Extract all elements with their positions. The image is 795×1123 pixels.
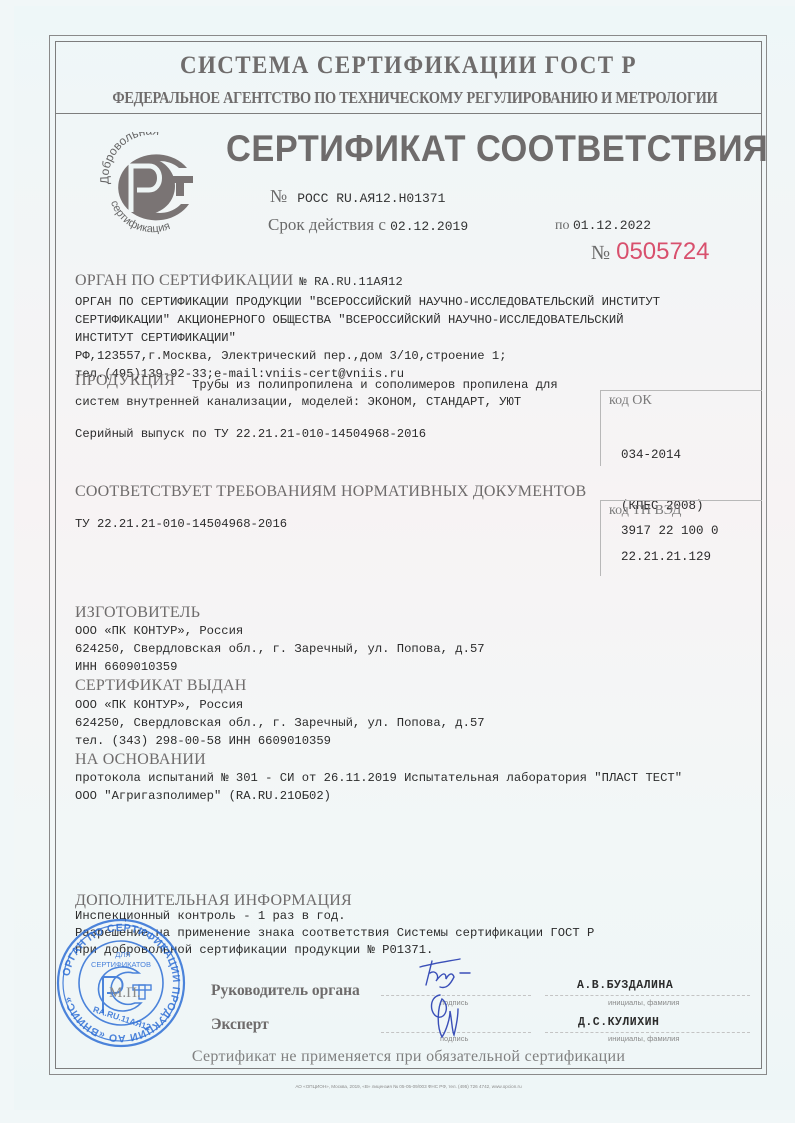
printer-imprint: АО «ОПЦИОН», Москва, 2019, «В» лицензия … [56, 1084, 761, 1089]
certification-body-heading: ОРГАН ПО СЕРТИФИКАЦИИ№ RA.RU.11АЯ12 [75, 272, 403, 290]
ok-code-line: 034-2014 [621, 447, 711, 464]
voluntary-only-disclaimer: Сертификат не применяется при обязательн… [56, 1048, 761, 1066]
registration-number: №РОСС RU.АЯ12.Н01371 [270, 186, 445, 207]
normative-document: ТУ 22.21.21-010-14504968-2016 [75, 515, 287, 533]
svg-text:М.П.: М.П. [109, 985, 141, 1001]
issued-to-name: ООО «ПК КОНТУР», Россия [75, 696, 485, 714]
validity-from: Срок действия с 02.12.2019 [268, 215, 468, 235]
validity-to: по 01.12.2022 [555, 218, 651, 234]
from-date: 02.12.2019 [390, 219, 468, 234]
blank-number-value: 0505724 [616, 238, 709, 265]
expert-name: Д.С.КУЛИХИН [578, 1016, 659, 1029]
head-of-body-name: А.В.БУЗДАЛИНА [577, 979, 673, 992]
conformity-heading: СООТВЕТСТВУЕТ ТРЕБОВАНИЯМ НОРМАТИВНЫХ ДО… [75, 483, 586, 501]
tnved-code-box: код ТН ВЭД 3917 22 100 0 [600, 500, 762, 576]
blank-number: №0505724 [591, 238, 710, 266]
basis-line: ООО "Агригазполимер" (RA.RU.21ОБ02) [75, 787, 682, 805]
tnved-code-value: 3917 22 100 0 [621, 523, 719, 540]
official-stamp-icon: ОРГАН ПО СЕРТИФИКАЦИИ ПРОДУКЦИИ АО «ВНИИ… [55, 917, 187, 1049]
head-name-line [545, 995, 750, 996]
system-title: СИСТЕМА СЕРТИФИКАЦИИ ГОСТ Р [84, 52, 733, 80]
expert-label: Эксперт [211, 1016, 269, 1034]
basis-heading: НА ОСНОВАНИИ [75, 751, 206, 769]
basis-details: протокола испытаний № 301 - СИ от 26.11.… [75, 769, 682, 805]
cb-address: РФ,123557,г.Москва, Электрический пер.,д… [75, 347, 660, 365]
manufacturer-address: 624250, Свердловская обл., г. Заречный, … [75, 640, 485, 658]
tnved-code-label: код ТН ВЭД [609, 503, 681, 519]
cb-line: ИНСТИТУТ СЕРТИФИКАЦИИ" [75, 329, 660, 347]
to-label: по [555, 218, 570, 233]
to-date: 01.12.2022 [573, 218, 651, 233]
cb-line: ОРГАН ПО СЕРТИФИКАЦИИ ПРОДУКЦИИ "ВСЕРОСС… [75, 293, 660, 311]
issued-to-contacts: тел. (343) 298-00-58 ИНН 6609010359 [75, 732, 485, 750]
manufacturer-inn: ИНН 6609010359 [75, 658, 485, 676]
expert-name-line [545, 1032, 750, 1033]
header-divider [56, 113, 761, 114]
validity-label: Срок действия [268, 215, 374, 234]
issued-to-details: ООО «ПК КОНТУР», Россия 624250, Свердлов… [75, 696, 485, 750]
certificate-title: СЕРТИФИКАТ СООТВЕТСТВИЯ [226, 128, 768, 170]
accreditation-number: № RA.RU.11АЯ12 [299, 275, 403, 289]
manufacturer-details: ООО «ПК КОНТУР», Россия 624250, Свердлов… [75, 622, 485, 676]
issued-to-heading: СЕРТИФИКАТ ВЫДАН [75, 677, 247, 695]
blank-number-sign: № [591, 242, 610, 264]
rst-logo-icon: Добровольная сертификация [97, 132, 207, 237]
manufacturer-name: ООО «ПК КОНТУР», Россия [75, 622, 485, 640]
certification-body-details: ОРГАН ПО СЕРТИФИКАЦИИ ПРОДУКЦИИ "ВСЕРОСС… [75, 293, 660, 383]
number-sign: № [270, 186, 287, 206]
ok-code-box: код ОК 034-2014 (КПЕС 2008) 22.21.21.129 [600, 390, 762, 466]
reg-number-value: РОСС RU.АЯ12.Н01371 [297, 191, 445, 206]
certification-body-title: ОРГАН ПО СЕРТИФИКАЦИИ [75, 272, 293, 289]
product-description-line2: систем внутренней канализации, моделей: … [75, 393, 521, 411]
product-heading: ПРОДУКЦИЯ [75, 372, 175, 390]
svg-text:СЕРТИФИКАТОВ: СЕРТИФИКАТОВ [91, 960, 151, 969]
issued-to-address: 624250, Свердловская обл., г. Заречный, … [75, 714, 485, 732]
head-name-caption: инициалы, фамилия [608, 998, 679, 1007]
from-label: с [378, 215, 386, 234]
product-description-line1: Трубы из полипропилена и сополимеров про… [192, 376, 558, 394]
manufacturer-heading: ИЗГОТОВИТЕЛЬ [75, 604, 200, 622]
basis-line: протокола испытаний № 301 - СИ от 26.11.… [75, 769, 682, 787]
expert-name-caption: инициалы, фамилия [608, 1034, 679, 1043]
cb-line: СЕРТИФИКАЦИИ" АКЦИОНЕРНОГО ОБЩЕСТВА "ВСЕ… [75, 311, 660, 329]
ok-code-label: код ОК [609, 393, 652, 409]
svg-text:ДЛЯ: ДЛЯ [115, 950, 130, 959]
head-of-body-label: Руководитель органа [211, 982, 360, 1000]
agency-name: ФЕДЕРАЛЬНОЕ АГЕНТСТВО ПО ТЕХНИЧЕСКОМУ РЕ… [112, 88, 704, 108]
handwritten-signatures-icon [380, 955, 520, 1050]
serial-production: Серийный выпуск по ТУ 22.21.21-010-14504… [75, 425, 426, 443]
